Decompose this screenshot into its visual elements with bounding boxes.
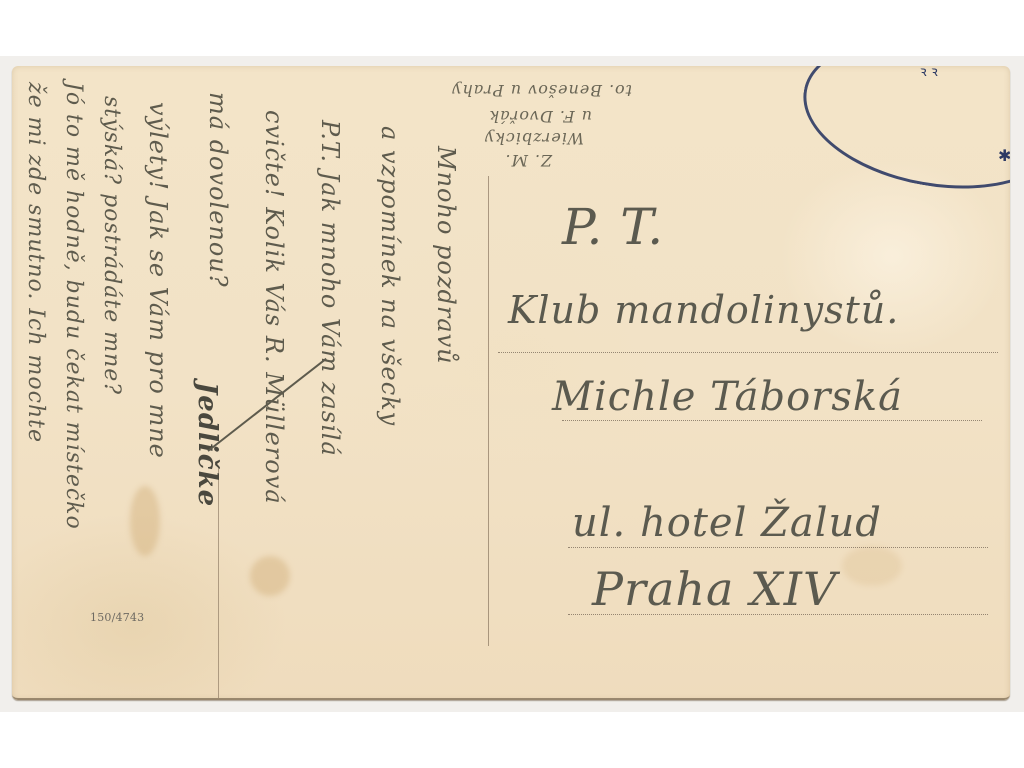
postmark-star-icon: ✱ [998,146,1010,165]
postmark-text: ꝛ ꝛ [920,66,938,81]
address-line-3: ul. hotel Žalud [572,500,882,546]
postmark-stamp [791,66,1010,208]
message-line: výlety! Jak se Vám pro mne [144,102,172,459]
message-line: cvičte! Kolik Vás R. Müllerová [260,110,288,505]
paper-stain [250,556,290,596]
message-line: P.T. Jak mnoho Vám zasílá [316,120,344,457]
upside-down-note-line: Z. M. [505,151,552,170]
address-line-4: Praha XIV [592,562,837,616]
address-dotted-line [562,420,982,421]
address-dotted-line [498,352,998,353]
address-line-2: Michle Táborská [552,374,903,420]
message-line: má dovolenou? [204,92,232,288]
message-line: Jó to mě hodně, budu čekat místečko [61,82,86,530]
serial-number: 150/4743 [90,611,144,624]
address-divider-line [488,176,489,646]
address-line-1: Klub mandolinystů. [508,288,899,332]
address-salutation: P. T. [562,198,664,256]
message-line: že mi zde smutno. Ich mochte [23,82,48,443]
upside-down-note-line: to. Benešov u Prahy [451,81,632,100]
upside-down-note-line: u F. Dvořák [488,107,592,126]
message-line: stýská? postrádáte mne? [99,96,124,395]
address-dotted-line [568,547,988,548]
paper-stain [130,486,160,556]
paper-stain [842,546,902,586]
message-line: a vzpomínek na všecky [376,126,404,426]
message-line: Mnoho pozdravů [432,146,460,365]
upside-down-note-line: Wierzbicky [484,129,584,148]
postcard: ✱ ꝛ ꝛ P. T. Klub mandolinystů. Michle Tá… [12,66,1010,700]
